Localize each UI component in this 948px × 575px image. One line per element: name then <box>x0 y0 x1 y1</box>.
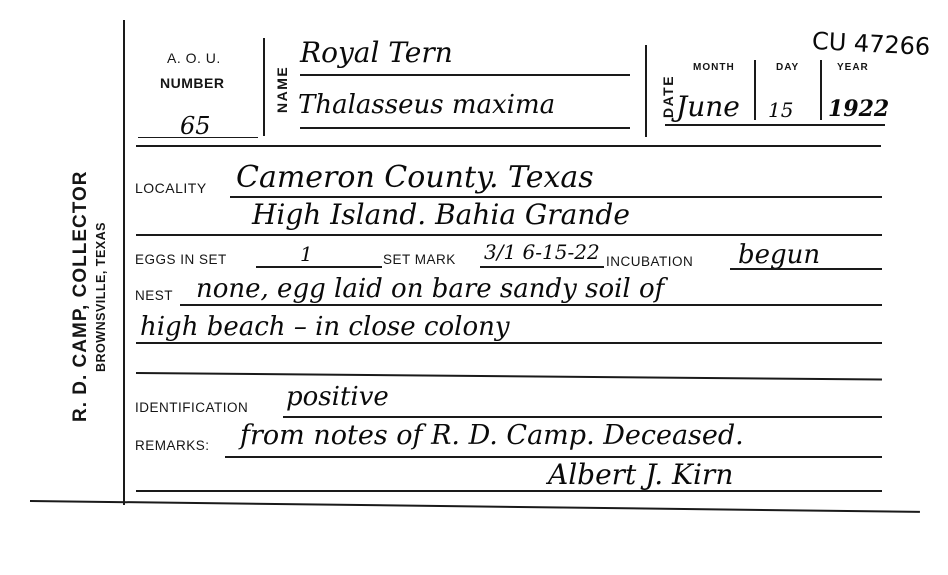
remarks-label: REMARKS: <box>135 438 210 453</box>
aou-number-value: 65 <box>180 112 211 140</box>
incubation-label: INCUBATION <box>606 254 693 269</box>
locality-line1-value: Cameron County. Texas <box>236 160 594 195</box>
nest-line3 <box>136 372 882 380</box>
locality-line2 <box>136 234 882 236</box>
eggs-in-set-label: EGGS IN SET <box>135 252 227 267</box>
remarks-signature: Albert J. Kirn <box>548 458 733 491</box>
date-month-label: MONTH <box>693 62 735 73</box>
date-year-value: 1922 <box>828 96 889 122</box>
nest-line1-value: none, egg laid on bare sandy soil of <box>196 274 664 304</box>
date-label: DATE <box>660 75 676 118</box>
nest-label: NEST <box>135 288 173 303</box>
name-date-divider <box>645 45 647 137</box>
collector-name: R. D. CAMP, COLLECTOR <box>70 171 92 422</box>
incubation-line <box>730 268 882 270</box>
name-common-line <box>300 74 630 76</box>
identification-value: positive <box>286 382 389 412</box>
locality-line2-value: High Island. Bahia Grande <box>252 198 630 231</box>
nest-line1 <box>180 304 882 306</box>
nest-line2 <box>136 342 882 344</box>
nest-line2-value: high beach – in close colony <box>140 312 510 342</box>
name-common-value: Royal Tern <box>300 36 453 69</box>
remarks-line1-value: from notes of R. D. Camp. Deceased. <box>240 420 744 451</box>
card-left-border <box>123 20 125 505</box>
name-scientific-value: Thalasseus maxima <box>298 90 555 120</box>
aou-label-line2: NUMBER <box>160 75 224 91</box>
aou-underline <box>138 137 258 138</box>
header-bottom-rule <box>136 145 881 147</box>
card-bottom-border <box>30 500 920 513</box>
date-day-label: DAY <box>776 62 799 73</box>
date-day-value: 15 <box>768 98 793 122</box>
aou-name-divider <box>263 38 265 136</box>
name-label: NAME <box>274 66 290 113</box>
set-mark-line <box>480 266 604 268</box>
aou-label-line1: A. O. U. <box>167 50 221 66</box>
eggs-in-set-line <box>256 266 382 268</box>
date-year-label: YEAR <box>837 62 869 73</box>
identification-label: IDENTIFICATION <box>135 400 248 415</box>
remarks-line2 <box>136 490 882 492</box>
set-mark-value: 3/1 6-15-22 <box>484 240 600 264</box>
date-day-year-divider <box>820 60 822 120</box>
locality-label: LOCALITY <box>135 180 207 196</box>
date-month-day-divider <box>754 60 756 120</box>
identification-line <box>283 416 882 418</box>
date-month-value: June <box>676 90 740 123</box>
incubation-value: begun <box>738 240 820 270</box>
date-underline <box>665 124 885 126</box>
collector-location: BROWNSVILLE, TEXAS <box>94 222 108 372</box>
catalog-number: CU 47266 <box>811 27 931 61</box>
eggs-in-set-value: 1 <box>300 242 313 266</box>
name-scientific-line <box>300 127 630 129</box>
set-mark-label: SET MARK <box>383 252 456 267</box>
